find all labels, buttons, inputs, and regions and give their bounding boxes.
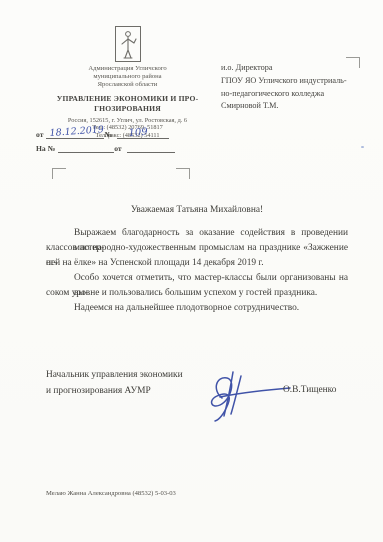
reply-number-blank-line [58, 142, 114, 153]
uglich-coat-of-arms-icon [115, 26, 141, 62]
signer-name: О.В.Тищенко [283, 385, 336, 395]
addressee-line: ГПОУ ЯО Угличского индустриаль- [221, 75, 366, 88]
department-line: ГНОЗИРОВАНИЯ [30, 104, 225, 114]
corner-mark-left [52, 168, 66, 179]
executor-contact: Мелаю Жанна Александровна (48532) 5-03-0… [46, 490, 176, 497]
incoming-ref-row: На № от [36, 139, 186, 153]
addressee-line: Смирновой Т.М. [221, 100, 366, 113]
corner-mark-right [176, 168, 190, 179]
reply-date-blank-line [127, 142, 175, 153]
ink-speck [361, 146, 364, 148]
salutation: Уважаемая Татьяна Михайловна! [46, 205, 348, 215]
number-label: № [104, 130, 115, 139]
org-line: Ярославской области [30, 81, 225, 89]
org-line: Администрация Угличского [30, 65, 225, 73]
organization-name: Администрация Угличского муниципального … [30, 65, 225, 89]
date-blank-line: 18.12.2019 [46, 128, 104, 139]
reply-number-label: На № [36, 144, 58, 153]
outgoing-ref-row: от 18.12.2019 № 109 [36, 125, 186, 139]
scanned-letter-page: Администрация Угличского муниципального … [0, 0, 383, 542]
body-line: ней на ёлке» на Успенской площади 14 дек… [46, 256, 348, 271]
department-name: УПРАВЛЕНИЕ ЭКОНОМИКИ И ПРО- ГНОЗИРОВАНИЯ [30, 94, 225, 113]
reference-block: от 18.12.2019 № 109 На № от [36, 125, 186, 153]
body-line: классов по народно-художественным промыс… [46, 241, 348, 256]
body-line: Выражаем благодарность за оказание содей… [46, 226, 348, 241]
handwritten-date: 18.12.2019 [50, 124, 105, 139]
addressee-line: но-педагогического колледжа [221, 88, 366, 101]
letter-body: Выражаем благодарность за оказание содей… [46, 226, 348, 316]
handwritten-signature [198, 364, 293, 426]
postal-address: Россия, 152615, г. Углич, ул. Ростовская… [30, 117, 225, 124]
letterhead: Администрация Угличского муниципального … [30, 26, 225, 139]
handwritten-number: 109 [128, 127, 148, 139]
addressee-block: и.о. Директора ГПОУ ЯО Угличского индуст… [221, 62, 366, 113]
number-blank-line: 109 [117, 128, 169, 139]
addressee-line: и.о. Директора [221, 62, 366, 75]
corner-mark-top-right [346, 57, 360, 68]
body-line: соком уровне и пользовались большим успе… [46, 286, 348, 301]
reply-from-label: от [114, 144, 124, 153]
body-line: Особо хочется отметить, что мастер-класс… [46, 271, 348, 286]
department-line: УПРАВЛЕНИЕ ЭКОНОМИКИ И ПРО- [30, 94, 225, 104]
org-line: муниципального района [30, 73, 225, 81]
from-label: от [36, 130, 46, 139]
body-line: Надеемся на дальнейшее плодотворное сотр… [46, 301, 348, 316]
